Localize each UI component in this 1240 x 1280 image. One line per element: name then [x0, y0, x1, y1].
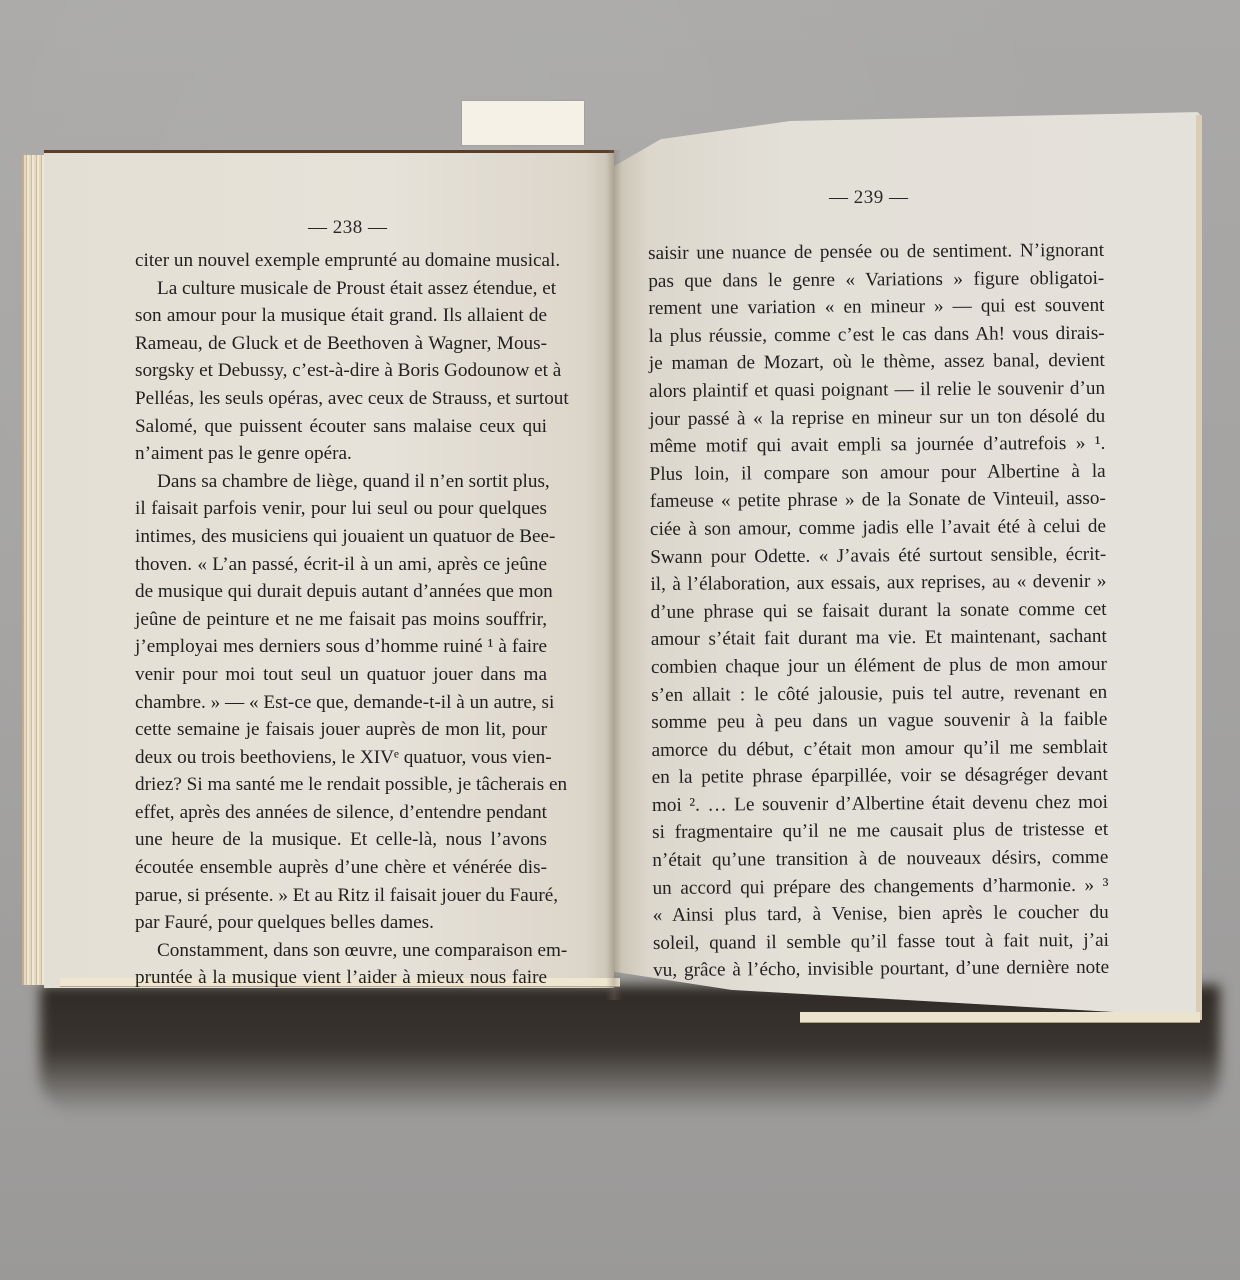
right-page-bottom-edge: [800, 1012, 1200, 1023]
text-line: amour s’était fait durant ma vie. Et mai…: [651, 623, 1107, 654]
text-line: La culture musicale de Proust était asse…: [135, 275, 547, 303]
text-line: n’était qu’une transition à de nouveaux …: [652, 844, 1108, 875]
text-line: son amour pour la musique était grand. I…: [135, 302, 547, 330]
text-line: « Ainsi plus tard, à Venise, bien après …: [653, 899, 1109, 930]
text-line: intimes, des musiciens qui jouaient un q…: [135, 523, 547, 551]
text-line: il faisait parfois venir, pour lui seul …: [135, 495, 547, 523]
text-line: venir pour moi tout seul un quatuor joue…: [135, 661, 547, 689]
text-line: Salomé, que puissent écouter sans malais…: [135, 413, 547, 441]
text-line: fameuse « petite phrase » de la Sonate d…: [650, 485, 1106, 516]
text-line: deux ou trois beethoviens, le XIVᵉ quatu…: [135, 744, 547, 772]
right-page-number: — 239 —: [829, 187, 909, 209]
text-line: parue, si présente. » Et au Ritz il fais…: [135, 882, 547, 910]
text-line: même motif qui avait empli sa journée d’…: [649, 430, 1105, 461]
text-line: n’aiment pas le genre opéra.: [135, 440, 547, 468]
text-line: rement une variation « en mineur » — qui…: [648, 292, 1104, 323]
text-line: j’employai mes derniers sous d’homme rui…: [135, 633, 547, 661]
text-line: Pelléas, les seuls opéras, avec ceux de …: [135, 385, 547, 413]
text-line: effet, après des années de silence, d’en…: [135, 799, 547, 827]
text-line: Dans sa chambre de liège, quand il n’en …: [135, 468, 547, 496]
text-line: cette semaine je faisais jouer auprès de…: [135, 716, 547, 744]
text-line: d’une phrase qui se faisait durant la so…: [651, 596, 1107, 627]
text-line: combien chaque jour un élément de plus d…: [651, 651, 1107, 682]
text-line: je maman de Mozart, où le thème, assez b…: [649, 347, 1105, 378]
text-line: un accord qui prépare des changements d’…: [652, 871, 1108, 902]
right-page-fore-edge: [1196, 115, 1202, 1020]
text-line: si fragmentaire qu’il ne me causait plus…: [652, 816, 1108, 847]
text-line: pruntée à la musique vient l’aider à mie…: [135, 964, 547, 992]
text-line: Plus loin, il compare son amour pour Alb…: [650, 458, 1106, 489]
right-page-text: saisir une nuance de pensée ou de sentim…: [648, 237, 1109, 985]
text-line: par Fauré, pour quelques belles dames.: [135, 909, 547, 937]
text-line: jeûne de peinture et ne me faisait pas m…: [135, 606, 547, 634]
text-line: alors plaintif et quasi poignant — il re…: [649, 375, 1105, 406]
text-line: somme peu à peu dans un vague souvenir à…: [651, 706, 1107, 737]
text-line: saisir une nuance de pensée ou de sentim…: [648, 237, 1104, 268]
text-line: jour passé à « la reprise en mineur sur …: [649, 402, 1105, 433]
text-line: thoven. « L’an passé, écrit-il à un ami,…: [135, 551, 547, 579]
text-line: en la petite phrase éparpillée, voir se …: [652, 761, 1108, 792]
left-page-number: — 238 —: [308, 217, 388, 239]
text-line: Rameau, de Gluck et de Beethoven à Wagne…: [135, 330, 547, 358]
text-line: pas que dans le genre « Variations » fig…: [648, 264, 1104, 295]
text-line: de musique qui durait depuis autant d’an…: [135, 578, 547, 606]
text-line: chambre. » — « Est-ce que, demande-t-il …: [135, 689, 547, 717]
bookmark-slip: [462, 101, 584, 145]
text-line: citer un nouvel exemple emprunté au doma…: [135, 247, 547, 275]
text-line: écoutée ensemble auprès d’une chère et v…: [135, 854, 547, 882]
text-line: soleil, quand il semble qu’il fasse tout…: [653, 927, 1109, 958]
text-line: driez? Si ma santé me le rendait possibl…: [135, 771, 547, 799]
left-page-text: citer un nouvel exemple emprunté au doma…: [135, 247, 547, 992]
text-line: ciée à son amour, comme jadis elle l’ava…: [650, 513, 1106, 544]
text-line: Swann pour Odette. « J’avais été surtout…: [650, 540, 1106, 571]
text-line: vu, grâce à l’écho, invisible pourtant, …: [653, 954, 1109, 985]
text-line: sorgsky et Debussy, c’est-à-dire à Boris…: [135, 357, 547, 385]
book-gutter: [606, 150, 622, 1000]
text-line: la plus réussie, comme c’est le cas dans…: [649, 320, 1105, 351]
text-line: s’en allait : le côté jalousie, puis tel…: [651, 678, 1107, 709]
text-line: il, à l’élaboration, aux essais, aux rep…: [650, 568, 1106, 599]
text-line: moi ². … Le souvenir d’Albertine était d…: [652, 789, 1108, 820]
text-line: amorce du début, c’était mon amour qu’il…: [651, 733, 1107, 764]
text-line: Constamment, dans son œuvre, une compara…: [135, 937, 547, 965]
text-line: une heure de la musique. Et celle-là, no…: [135, 826, 547, 854]
